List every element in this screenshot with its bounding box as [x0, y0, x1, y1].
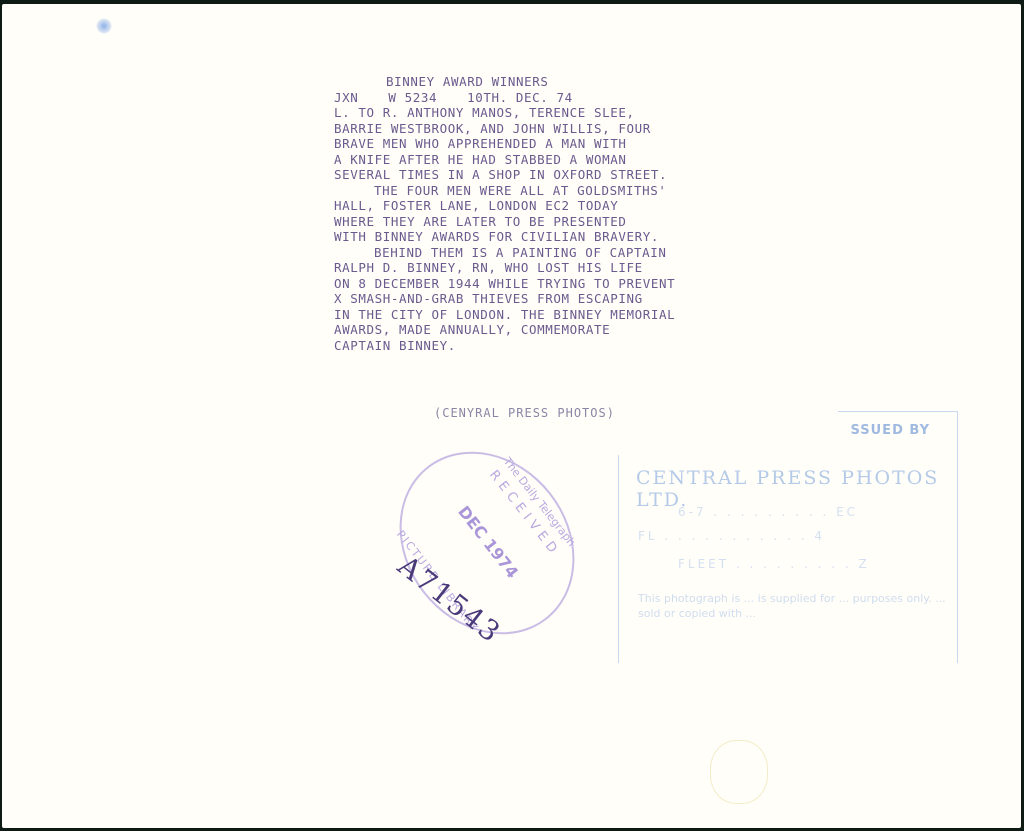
caption-line: AWARDS, MADE ANNUALLY, COMMEMORATE — [334, 322, 774, 338]
caption-line: IN THE CITY OF LONDON. THE BINNEY MEMORI… — [334, 307, 774, 323]
typed-caption: BINNEY AWARD WINNERS JXN W 5234 10TH. DE… — [334, 74, 774, 353]
caption-line: WITH BINNEY AWARDS FOR CIVILIAN BRAVERY. — [334, 229, 774, 245]
paper-stain — [710, 740, 768, 804]
caption-line: L. TO R. ANTHONY MANOS, TERENCE SLEE, — [334, 105, 774, 121]
caption-line: SEVERAL TIMES IN A SHOP IN OXFORD STREET… — [334, 167, 774, 183]
stamp-border — [618, 455, 619, 663]
ink-smudge — [96, 18, 112, 34]
issuer-address: 6-7 . . . . . . . . . EC — [678, 505, 858, 519]
caption-line: ON 8 DECEMBER 1944 WHILE TRYING TO PREVE… — [334, 276, 774, 292]
issued-by-label: SSUED BY — [850, 423, 930, 438]
photo-back-paper: BINNEY AWARD WINNERS JXN W 5234 10TH. DE… — [2, 4, 1021, 828]
caption-line: THE FOUR MEN WERE ALL AT GOLDSMITHS' — [334, 183, 774, 199]
caption-line: X SMASH-AND-GRAB THIEVES FROM ESCAPING — [334, 291, 774, 307]
caption-line: RALPH D. BINNEY, RN, WHO LOST HIS LIFE — [334, 260, 774, 276]
stamp-received-label: RECEIVED — [460, 434, 589, 593]
stamp-border — [838, 411, 958, 412]
caption-title: BINNEY AWARD WINNERS — [334, 74, 774, 90]
caption-line: HALL, FOSTER LANE, LONDON EC2 TODAY — [334, 198, 774, 214]
caption-line: A KNIFE AFTER HE HAD STABBED A WOMAN — [334, 152, 774, 168]
issuer-address: FLEET . . . . . . . . . Z — [678, 557, 870, 571]
photo-credit: (CENYRAL PRESS PHOTOS) — [434, 406, 615, 420]
caption-line: WHERE THEY ARE LATER TO BE PRESENTED — [334, 214, 774, 230]
issued-by-stamp: SSUED BY CENTRAL PRESS PHOTOS LTD. 6-7 .… — [618, 411, 958, 663]
ref-number: W 5234 — [388, 90, 437, 106]
ref-date: 10TH. DEC. 74 — [467, 90, 573, 106]
caption-line: BEHIND THEM IS A PAINTING OF CAPTAIN — [334, 245, 774, 261]
caption-reference: JXN W 5234 10TH. DEC. 74 — [334, 90, 774, 106]
usage-notice: This photograph is ... is supplied for .… — [638, 591, 948, 621]
caption-line: BRAVE MEN WHO APPREHENDED A MAN WITH — [334, 136, 774, 152]
ref-code: JXN — [334, 90, 358, 106]
stamp-border — [957, 411, 958, 663]
caption-line: BARRIE WESTBROOK, AND JOHN WILLIS, FOUR — [334, 121, 774, 137]
caption-line: CAPTAIN BINNEY. — [334, 338, 774, 354]
issuer-address: FL . . . . . . . . . . . 4 — [638, 529, 825, 543]
